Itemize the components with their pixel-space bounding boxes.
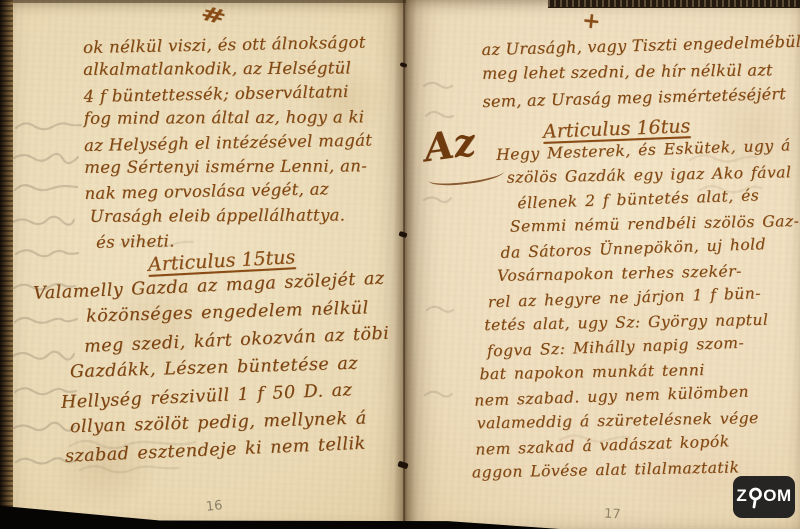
right-page-number: 17	[604, 507, 621, 523]
cross-mark: +	[581, 7, 602, 35]
right-paragraph-2: Hegy Mesterek, és Eskütek, ugy ászölös G…	[496, 134, 800, 484]
manuscript-photo: # ok nélkül viszi, és ott álnokságotalka…	[0, 0, 800, 529]
left-page-number: 16	[205, 498, 223, 515]
left-paragraph-1: ok nélkül viszi, és ott álnokságotalkalm…	[83, 31, 400, 254]
right-paragraph-1: az Uraságh, vagy Tiszti engedelmébülmeg …	[481, 30, 794, 113]
watermark-letter-z: Z	[736, 487, 747, 504]
magnifier-icon	[748, 487, 763, 509]
left-paragraph-2: Valamelly Gazda az maga szölejét azközön…	[33, 267, 399, 471]
book-edge-top-left	[13, 0, 406, 3]
manuscript-line: nak meg orvoslása végét, az	[84, 176, 399, 206]
watermark-letters-om: OM	[763, 487, 791, 504]
zoom-watermark: Z OM	[733, 476, 795, 518]
manuscript-line: fog mind azon által az, hogy a ki	[84, 105, 399, 131]
manuscript-line: alkalmatlankodik, az Helségtül	[83, 57, 398, 83]
decorated-initial: Az	[421, 119, 478, 171]
book-edge-left	[0, 0, 13, 529]
book-edge-top-right	[548, 0, 800, 8]
